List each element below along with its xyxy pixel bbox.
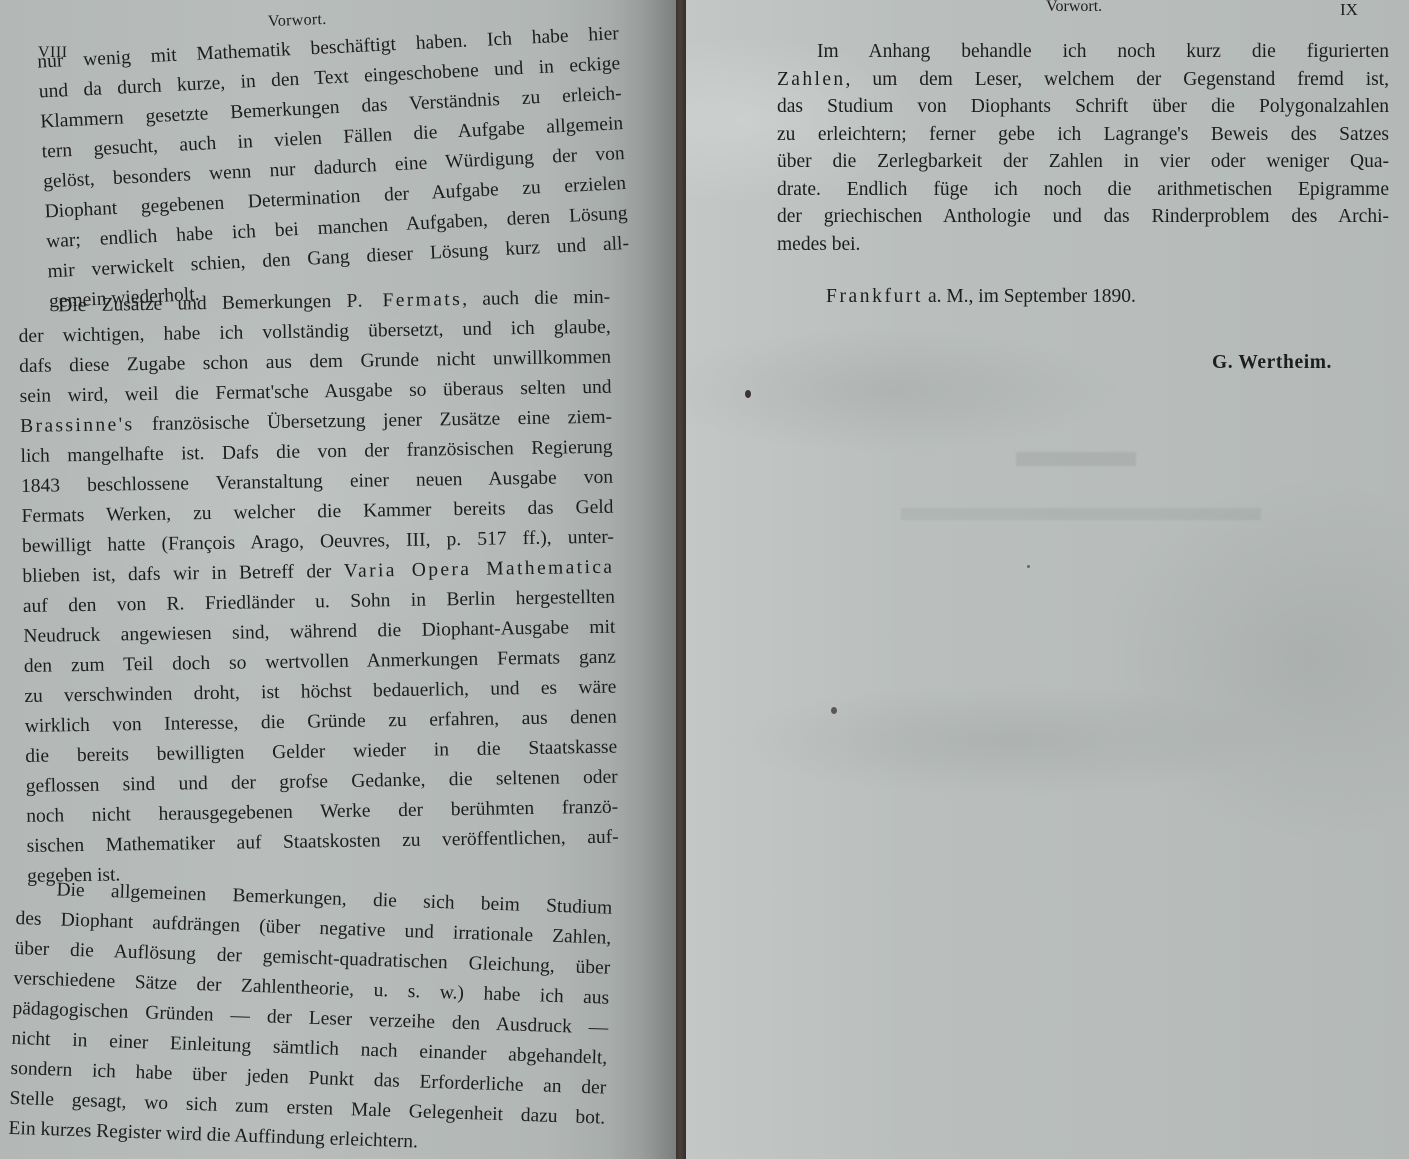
- right-page-number: IX: [1340, 0, 1358, 20]
- left-paragraph-3: Die allgemeinen Bemerkungen, die sich be…: [8, 874, 613, 1159]
- date-text: a. M., im September 1890.: [923, 286, 1136, 307]
- spaced-title: Varia Opera Mathematica: [344, 557, 615, 582]
- text-line: drate. Endlich füge ich noch die arithme…: [777, 176, 1389, 204]
- text-run: Die Zusätze und Bemerkungen: [58, 291, 347, 317]
- paper-speck: [831, 707, 837, 714]
- place-and-date: Frankfurt a. M., im September 1890.: [826, 286, 1136, 308]
- show-through-smudge: [1016, 452, 1136, 466]
- author-signature: G. Wertheim.: [1212, 352, 1332, 374]
- spaced-name: Brassinne's: [20, 414, 135, 437]
- show-through-smudge: [901, 508, 1261, 520]
- text-line: zu erleichtern; ferner gebe ich Lagrange…: [777, 121, 1389, 149]
- text-run: französische Übersetzung jener Zusätze e…: [134, 407, 612, 435]
- right-running-head: Vorwort.: [1046, 0, 1102, 16]
- left-running-head: Vorwort.: [268, 11, 327, 31]
- text-line: Im Anhang behandle ich noch kurz die fig…: [777, 38, 1389, 66]
- text-run: , um dem Leser, welchem der Gegenstand f…: [846, 69, 1389, 90]
- book-spread: Vorwort. VIII nur wenig mit Mathematik b…: [0, 0, 1409, 1159]
- text-line: Zahlen, um dem Leser, welchem der Gegens…: [777, 66, 1389, 94]
- spaced-name: P. Fermats: [346, 289, 462, 312]
- place-name: Frankfurt: [826, 286, 923, 307]
- book-spine: [676, 0, 686, 1159]
- paper-speck: [1027, 565, 1030, 568]
- spaced-term: Zahlen: [777, 69, 846, 90]
- right-page: Vorwort. IX Im Anhang behandle ich noch …: [686, 0, 1409, 1159]
- text-run: blieben ist, dafs wir in Betreff der: [22, 561, 344, 587]
- text-line: der griechischen Anthologie und das Rind…: [777, 203, 1389, 231]
- text-line: das Studium von Diophants Schrift über d…: [777, 93, 1389, 121]
- left-paragraph-2: Die Zusätze und Bemerkungen P. Fermats, …: [18, 283, 619, 892]
- text-run: , auch die min-: [462, 287, 610, 310]
- text-line: über die Zerlegbarkeit der Zahlen in vie…: [777, 148, 1389, 176]
- right-paragraph: Im Anhang behandle ich noch kurz die fig…: [777, 38, 1389, 258]
- paper-speck: [745, 390, 751, 398]
- text-line: medes bei.: [777, 231, 1389, 259]
- left-page: Vorwort. VIII nur wenig mit Mathematik b…: [0, 0, 680, 1159]
- left-paragraph-1: nur wenig mit Mathematik beschäftigt hab…: [37, 19, 631, 317]
